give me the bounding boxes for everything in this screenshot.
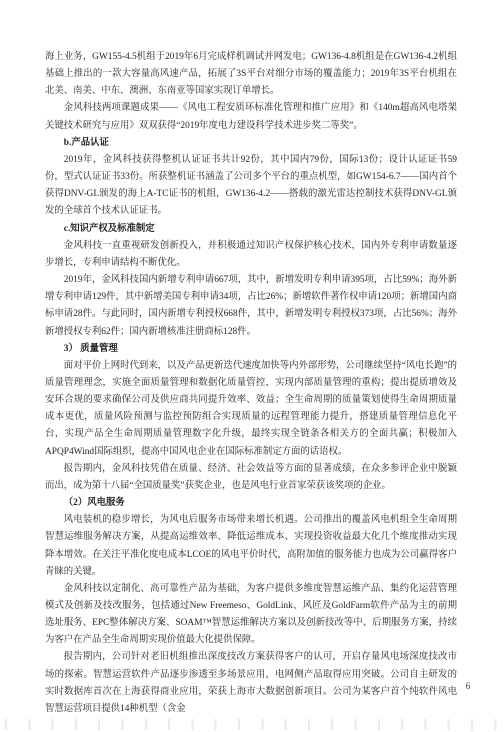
paragraph: 报告期内，公司针对老旧机组推出深度技改方案获得客户的认可，开启存量风电场深度技改… xyxy=(45,649,457,718)
paragraph: 2019年，金风科技获得整机认证证书共计92份，其中国内79份，国际13份；设计… xyxy=(45,152,457,221)
paragraph: 金风科技以定制化、高可靠性产品为基础，为客户提供多维度智慧运维产品、集约化运营管… xyxy=(45,581,457,650)
scan-tick-marks xyxy=(5,719,504,730)
paragraph: 金风科技一直重视研发创新投入，并积极通过知识产权保护核心技术，国内外专利申请数量… xyxy=(45,238,457,272)
section-heading-product-certification: b.产品认证 xyxy=(45,135,457,152)
page-number: 6 xyxy=(461,681,475,691)
paragraph: 海上业务，GW155-4.5机组于2019年6月完成样机调试并网发电；GW136… xyxy=(45,49,457,100)
paragraph: 报告期内，金风科技凭借在质量、经济、社会效益等方面的显著成绩，在众多参评企业中脱… xyxy=(45,461,457,495)
document-page: 海上业务，GW155-4.5机组于2019年6月完成样机调试并网发电；GW136… xyxy=(0,0,504,732)
paragraph: 面对平价上网时代到来，以及产品更新迭代速度加快等内外部形势，公司继续坚持“风电长… xyxy=(45,358,457,461)
section-heading-intellectual-property: c.知识产权及标准制定 xyxy=(45,221,457,238)
section-heading-quality-management: 3） 质量管理 xyxy=(45,341,457,358)
paragraph: 风电装机的稳步增长，为风电后服务市场带来增长机遇。公司推出的覆盖风电机组全生命周… xyxy=(45,512,457,581)
paragraph: 金风科技两项课题成果——《风电工程安质环标准化管理和推广应用》和《140m超高风… xyxy=(45,100,457,134)
section-heading-wind-power-service: （2）风电服务 xyxy=(45,495,457,512)
paragraph: 2019年，金风科技国内新增专利申请667项，其中，新增发明专利申请395项，占… xyxy=(45,272,457,341)
document-body: 海上业务，GW155-4.5机组于2019年6月完成样机调试并网发电；GW136… xyxy=(45,49,457,718)
